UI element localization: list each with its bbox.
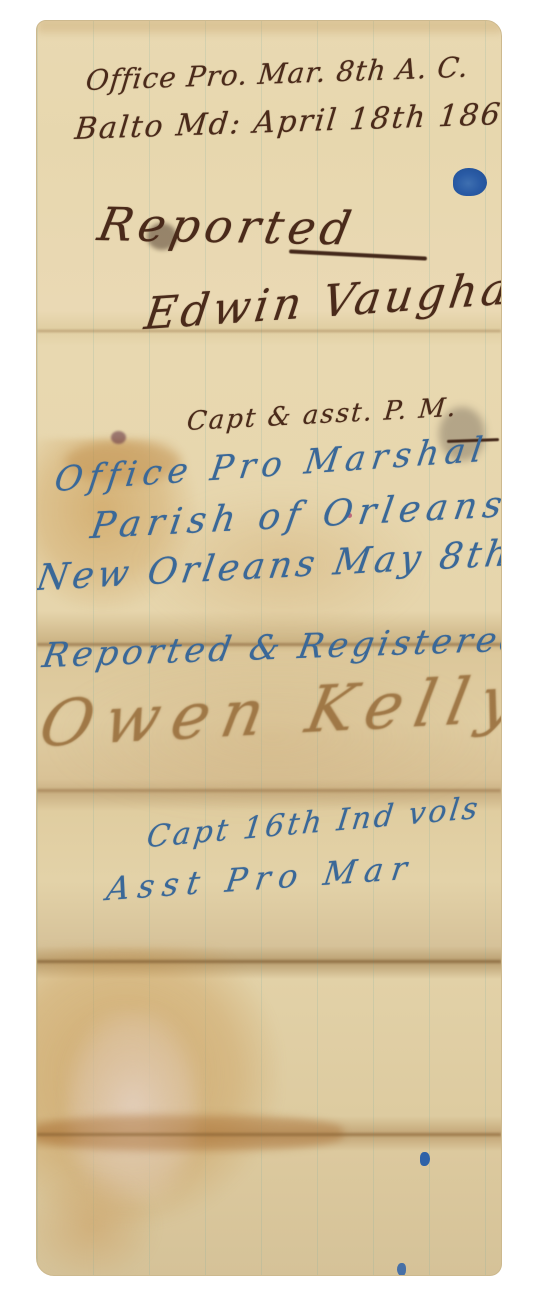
reported-underline-flourish xyxy=(289,249,427,260)
baltimore-office-line: Office Pro. Mar. 8th A. C. xyxy=(85,54,471,95)
ink-speck-maroon xyxy=(111,431,126,444)
fold-crease-5 xyxy=(37,1133,501,1136)
neworleans-signature: Owen Kelly xyxy=(36,667,502,757)
neworleans-title-line: Asst Pro Mar xyxy=(105,851,417,905)
stain-bottom-crease xyxy=(36,1115,343,1151)
stain-top-edge xyxy=(37,20,502,33)
ink-dot-blue-lower xyxy=(420,1152,430,1166)
document-paper: Office Pro. Mar. 8th A. C. Balto Md: Apr… xyxy=(36,20,502,1276)
ink-blot-blue-top xyxy=(453,168,487,196)
baltimore-reported-label: Reported xyxy=(95,201,360,251)
stain-bottom-left-corner xyxy=(36,1171,157,1276)
ink-mark-blue-bottom-edge xyxy=(397,1263,406,1276)
baltimore-rank-line: Capt & asst. P. M. xyxy=(186,395,459,435)
neworleans-status-line: Reported & Registered xyxy=(40,622,502,673)
neworleans-rank-line: Capt 16th Ind vols xyxy=(145,794,482,854)
stain-bottom-left-large xyxy=(36,947,281,1227)
fold-crease-4 xyxy=(37,960,501,963)
fold-crease-3 xyxy=(37,789,501,792)
baltimore-signature: Edwin Vaughan xyxy=(142,265,502,337)
baltimore-date-line: Balto Md: April 18th 1865 xyxy=(73,99,502,145)
stain-bottom-left-light-center xyxy=(65,1009,201,1205)
